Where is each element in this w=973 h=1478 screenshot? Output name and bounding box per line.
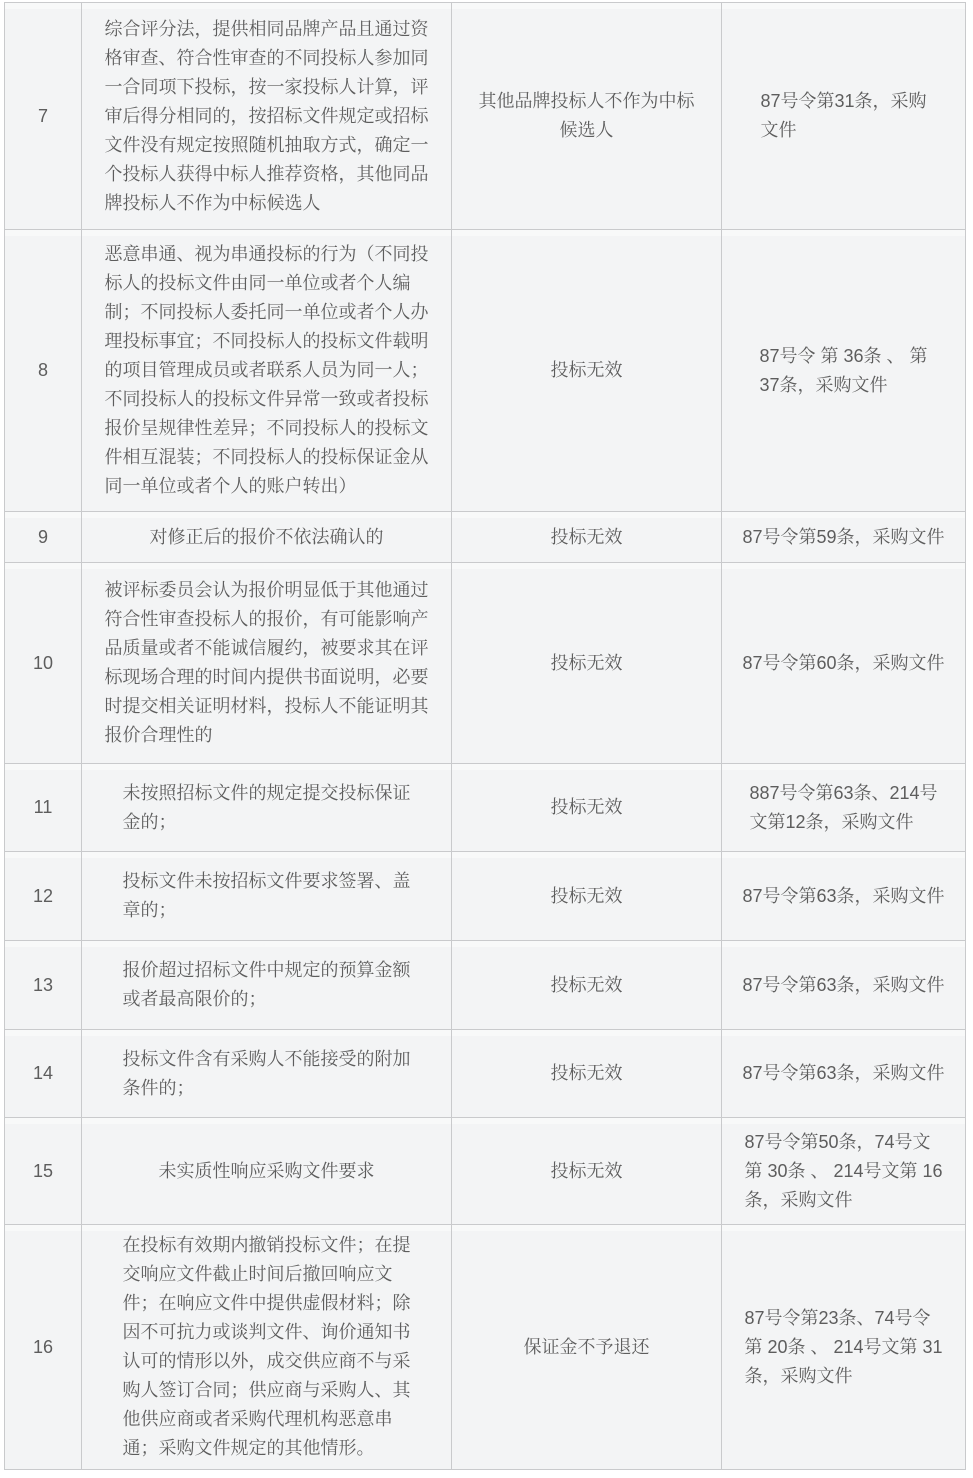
row-number-cell: 12 <box>5 852 82 941</box>
outcome-cell: 投标无效 <box>452 563 722 764</box>
description-cell: 对修正后的报价不依法确认的 <box>82 512 452 563</box>
description-text: 被评标委员会认为报价明显低于其他通过 符合性审查投标人的报价，有可能影响产 品质… <box>105 576 429 750</box>
description-text: 未按照招标文件的规定提交投标保证 金的； <box>123 779 411 837</box>
table-row: 10 被评标委员会认为报价明显低于其他通过 符合性审查投标人的报价，有可能影响产… <box>5 563 966 764</box>
outcome-cell: 保证金不予退还 <box>452 1225 722 1470</box>
row-number-cell: 9 <box>5 512 82 563</box>
outcome-cell: 投标无效 <box>452 230 722 512</box>
description-text: 恶意串通、视为串通投标的行为（不同投 标人的投标文件由同一单位或者个人编 制；不… <box>105 240 429 501</box>
reference-cell: 87号令第59条，采购文件 <box>722 512 966 563</box>
description-cell: 投标文件未按招标文件要求签署、盖 章的； <box>82 852 452 941</box>
row-number-cell: 7 <box>5 3 82 230</box>
reference-text: 87号令第50条，74号文 第 30条 、 214号文第 16 条，采购文件 <box>744 1128 942 1215</box>
row-number-cell: 16 <box>5 1225 82 1470</box>
reference-cell: 87号令第50条，74号文 第 30条 、 214号文第 16 条，采购文件 <box>722 1118 966 1225</box>
description-cell: 投标文件含有采购人不能接受的附加 条件的； <box>82 1030 452 1118</box>
table-row: 9 对修正后的报价不依法确认的 投标无效 87号令第59条，采购文件 <box>5 512 966 563</box>
description-text: 在投标有效期内撤销投标文件；在提 交响应文件截止时间后撤回响应文 件；在响应文件… <box>123 1231 411 1463</box>
row-number-cell: 15 <box>5 1118 82 1225</box>
row-number-cell: 11 <box>5 764 82 852</box>
reference-cell: 87号令第63条，采购文件 <box>722 1030 966 1118</box>
outcome-cell: 投标无效 <box>452 852 722 941</box>
table-row: 12 投标文件未按招标文件要求签署、盖 章的； 投标无效 87号令第63条，采购… <box>5 852 966 941</box>
row-number-cell: 8 <box>5 230 82 512</box>
description-cell: 恶意串通、视为串通投标的行为（不同投 标人的投标文件由同一单位或者个人编 制；不… <box>82 230 452 512</box>
description-cell: 未按照招标文件的规定提交投标保证 金的； <box>82 764 452 852</box>
outcome-cell: 投标无效 <box>452 512 722 563</box>
description-cell: 被评标委员会认为报价明显低于其他通过 符合性审查投标人的报价，有可能影响产 品质… <box>82 563 452 764</box>
document-page: 7 综合评分法，提供相同品牌产品且通过资 格审查、符合性审查的不同投标人参加同 … <box>0 0 973 1478</box>
reference-cell: 87号令 第 36条 、 第 37条，采购文件 <box>722 230 966 512</box>
description-cell: 综合评分法，提供相同品牌产品且通过资 格审查、符合性审查的不同投标人参加同 一合… <box>82 3 452 230</box>
procurement-rules-table: 7 综合评分法，提供相同品牌产品且通过资 格审查、符合性审查的不同投标人参加同 … <box>4 2 966 1470</box>
reference-cell: 87号令第63条，采购文件 <box>722 852 966 941</box>
table-row: 14 投标文件含有采购人不能接受的附加 条件的； 投标无效 87号令第63条，采… <box>5 1030 966 1118</box>
reference-text: 87号令第60条，采购文件 <box>742 649 944 678</box>
reference-text: 87号令 第 36条 、 第 37条，采购文件 <box>759 342 927 400</box>
outcome-cell: 投标无效 <box>452 1118 722 1225</box>
table-row: 13 报价超过招标文件中规定的预算金额 或者最高限价的； 投标无效 87号令第6… <box>5 941 966 1030</box>
reference-cell: 887号令第63条、214号 文第12条，采购文件 <box>722 764 966 852</box>
table-row: 8 恶意串通、视为串通投标的行为（不同投 标人的投标文件由同一单位或者个人编 制… <box>5 230 966 512</box>
row-number-cell: 14 <box>5 1030 82 1118</box>
reference-cell: 87号令第23条、74号令 第 20条 、 214号文第 31 条，采购文件 <box>722 1225 966 1470</box>
table-row: 16 在投标有效期内撤销投标文件；在提 交响应文件截止时间后撤回响应文 件；在响… <box>5 1225 966 1470</box>
description-text: 投标文件含有采购人不能接受的附加 条件的； <box>123 1045 411 1103</box>
reference-cell: 87号令第60条，采购文件 <box>722 563 966 764</box>
description-text: 对修正后的报价不依法确认的 <box>150 523 384 552</box>
description-text: 综合评分法，提供相同品牌产品且通过资 格审查、符合性审查的不同投标人参加同 一合… <box>105 15 429 218</box>
outcome-cell: 投标无效 <box>452 941 722 1030</box>
reference-text: 87号令第63条，采购文件 <box>742 882 944 911</box>
outcome-cell: 投标无效 <box>452 1030 722 1118</box>
outcome-cell: 投标无效 <box>452 764 722 852</box>
description-cell: 报价超过招标文件中规定的预算金额 或者最高限价的； <box>82 941 452 1030</box>
description-text: 投标文件未按招标文件要求签署、盖 章的； <box>123 867 411 925</box>
row-number-cell: 13 <box>5 941 82 1030</box>
description-text: 未实质性响应采购文件要求 <box>159 1157 375 1186</box>
reference-text: 87号令第59条，采购文件 <box>742 523 944 552</box>
description-cell: 未实质性响应采购文件要求 <box>82 1118 452 1225</box>
reference-text: 87号令第63条，采购文件 <box>742 1059 944 1088</box>
table-row: 15 未实质性响应采购文件要求 投标无效 87号令第50条，74号文 第 30条… <box>5 1118 966 1225</box>
description-cell: 在投标有效期内撤销投标文件；在提 交响应文件截止时间后撤回响应文 件；在响应文件… <box>82 1225 452 1470</box>
outcome-cell: 其他品牌投标人不作为中标 候选人 <box>452 3 722 230</box>
reference-text: 87号令第23条、74号令 第 20条 、 214号文第 31 条，采购文件 <box>744 1304 942 1391</box>
table-row: 11 未按照招标文件的规定提交投标保证 金的； 投标无效 887号令第63条、2… <box>5 764 966 852</box>
reference-text: 87号令第63条，采购文件 <box>742 971 944 1000</box>
description-text: 报价超过招标文件中规定的预算金额 或者最高限价的； <box>123 956 411 1014</box>
table-row: 7 综合评分法，提供相同品牌产品且通过资 格审查、符合性审查的不同投标人参加同 … <box>5 3 966 230</box>
reference-cell: 87号令第31条，采购 文件 <box>722 3 966 230</box>
reference-cell: 87号令第63条，采购文件 <box>722 941 966 1030</box>
reference-text: 887号令第63条、214号 文第12条，采购文件 <box>749 779 937 837</box>
row-number-cell: 10 <box>5 563 82 764</box>
reference-text: 87号令第31条，采购 文件 <box>760 87 926 145</box>
